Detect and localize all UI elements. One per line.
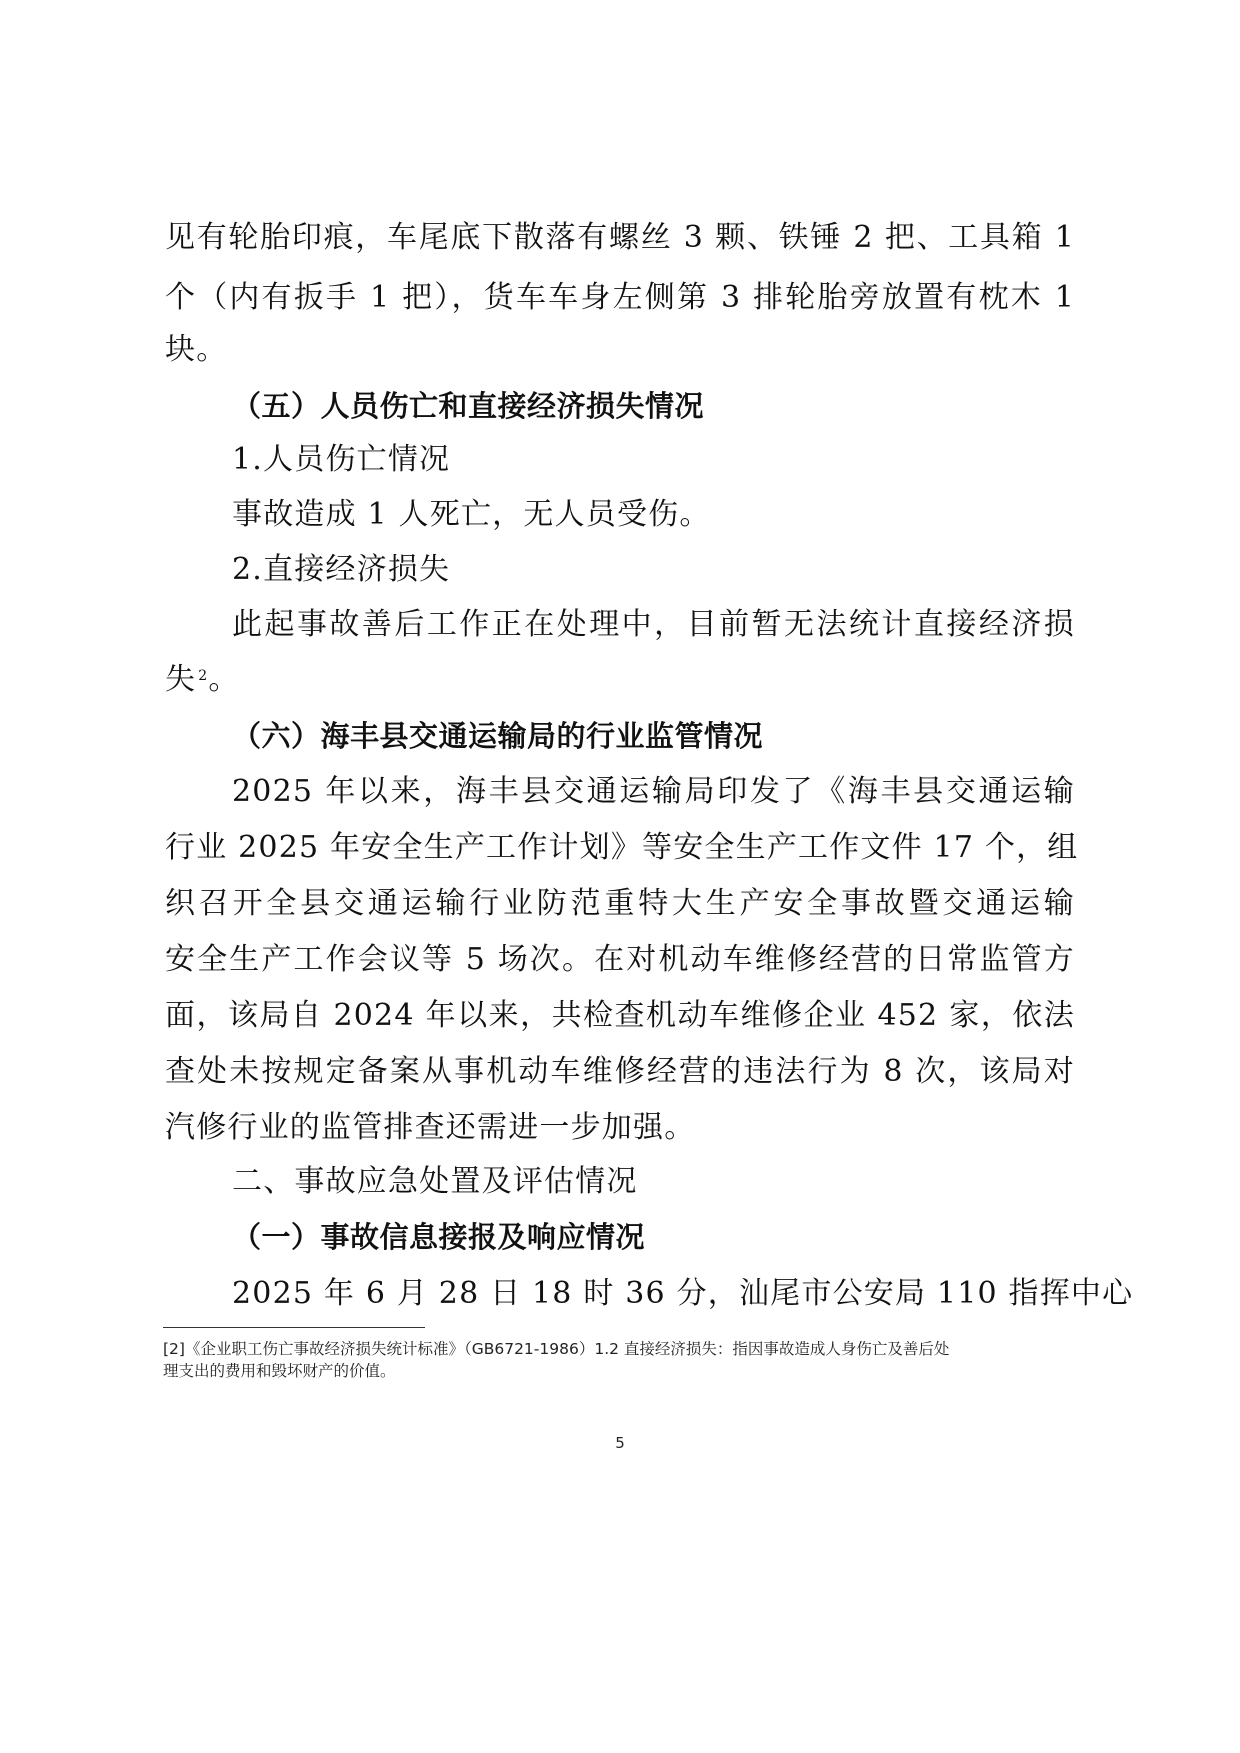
supervision-paragraph-line: 织召开全县交通运输行业防范重特大生产安全事故暨交通运输	[165, 884, 1075, 924]
section-heading-6: （六）海丰县交通运输局的行业监管情况	[232, 716, 1142, 756]
body-text-line: 个（内有扳手 1 把），货车车身左侧第 3 排轮胎旁放置有枕木 1	[165, 278, 1075, 318]
document-page: 见有轮胎印痕，车尾底下散落有螺丝 3 颗、铁锤 2 把、工具箱 1 个（内有扳手…	[0, 0, 1240, 1753]
section-heading-2-1: （一）事故信息接报及响应情况	[232, 1217, 1142, 1257]
part-heading-2: 二、事故应急处置及评估情况	[232, 1162, 1142, 1202]
supervision-paragraph-line: 安全生产工作会议等 5 场次。在对机动车维修经营的日常监管方	[165, 940, 1075, 980]
body-text-line: 见有轮胎印痕，车尾底下散落有螺丝 3 颗、铁锤 2 把、工具箱 1	[165, 218, 1075, 258]
body-text-line: 块。	[165, 330, 1075, 370]
footnote-line: 理支出的费用和毁坏财产的价值。	[163, 1360, 1083, 1382]
casualties-text: 事故造成 1 人死亡，无人员受伤。	[232, 495, 1075, 535]
subsection-heading-economic-loss: 2.直接经济损失	[232, 550, 1075, 590]
section-heading-5: （五）人员伤亡和直接经济损失情况	[232, 386, 1142, 426]
supervision-paragraph-line: 2025 年以来，海丰县交通运输局印发了《海丰县交通运输	[232, 772, 1075, 812]
period: 。	[208, 662, 239, 697]
footnote-divider	[163, 1327, 425, 1328]
incident-report-text-line: 2025 年 6 月 28 日 18 时 36 分，汕尾市公安局 110 指挥中…	[232, 1274, 1075, 1314]
footnote-line: [2]《企业职工伤亡事故经济损失统计标准》（GB6721-1986）1.2 直接…	[163, 1338, 1083, 1360]
subsection-heading-casualties: 1.人员伤亡情况	[232, 440, 1075, 480]
supervision-paragraph-line: 行业 2025 年安全生产工作计划》等安全生产工作文件 17 个，组	[165, 828, 1075, 868]
supervision-paragraph-line: 汽修行业的监管排查还需进一步加强。	[165, 1108, 1075, 1148]
supervision-paragraph-line: 查处未按规定备案从事机动车维修经营的违法行为 8 次，该局对	[165, 1052, 1075, 1092]
footnote-reference[interactable]: 2	[198, 668, 208, 684]
economic-loss-text-line: 失2。	[165, 660, 1075, 700]
page-number: 5	[0, 1434, 1240, 1452]
economic-loss-text-end: 失	[165, 662, 196, 697]
economic-loss-text-line: 此起事故善后工作正在处理中，目前暂无法统计直接经济损	[232, 605, 1075, 645]
supervision-paragraph-line: 面，该局自 2024 年以来，共检查机动车维修企业 452 家，依法	[165, 996, 1075, 1036]
